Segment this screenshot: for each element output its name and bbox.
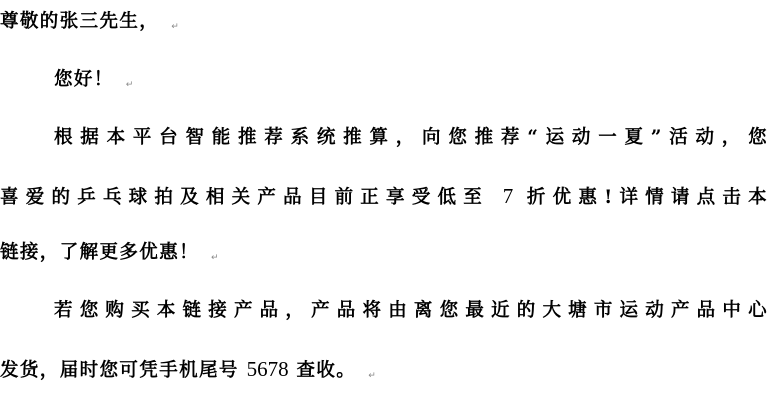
paragraph1-line2: 喜爱的乒乓球拍及相关产品目前正享受低至 7 折优惠!详情请点击本 — [0, 181, 768, 211]
phone-suffix: 5678 — [247, 357, 289, 381]
paragraph1-line2-text-a: 喜爱的乒乓球拍及相关产品目前正享受低至 — [0, 187, 489, 208]
salutation-text: 尊敬的张三先生， — [0, 11, 159, 32]
paragraph2-line2: 发货，届时您可凭手机尾号 5678 查收。↵ — [0, 354, 376, 384]
paragraph2-line1: 若您购买本链接产品，产品将由离您最近的大塘市运动产品中心 — [54, 296, 768, 326]
paragraph1-line1: 根据本平台智能推荐系统推算，向您推荐“运动一夏”活动，您 — [54, 123, 768, 153]
paragraph-mark-icon: ↵ — [171, 22, 179, 32]
paragraph1-line3-text: 链接，了解更多优惠！ — [0, 242, 199, 263]
paragraph1-line1-text: 根据本平台智能推荐系统推算，向您推荐“运动一夏”活动，您 — [54, 127, 768, 148]
paragraph-mark-icon: ↵ — [126, 80, 134, 90]
greeting-text: 您好！ — [54, 69, 114, 90]
greeting-line: 您好！↵ — [54, 65, 133, 95]
discount-number: 7 — [503, 184, 514, 208]
paragraph-mark-icon: ↵ — [368, 371, 376, 381]
paragraph-mark-icon: ↵ — [211, 253, 219, 263]
paragraph1-line3: 链接，了解更多优惠！↵ — [0, 238, 219, 268]
paragraph2-line2-text-b: 查收。 — [297, 360, 357, 381]
paragraph2-line2-text-a: 发货，届时您可凭手机尾号 — [0, 360, 239, 381]
paragraph1-line2-text-b: 折优惠!详情请点击本 — [527, 187, 768, 208]
paragraph2-line1-text: 若您购买本链接产品，产品将由离您最近的大塘市运动产品中心 — [54, 300, 768, 321]
document-page: 尊敬的张三先生，↵ 您好！↵ 根据本平台智能推荐系统推算，向您推荐“运动一夏”活… — [0, 0, 775, 394]
salutation-line: 尊敬的张三先生，↵ — [0, 7, 179, 37]
